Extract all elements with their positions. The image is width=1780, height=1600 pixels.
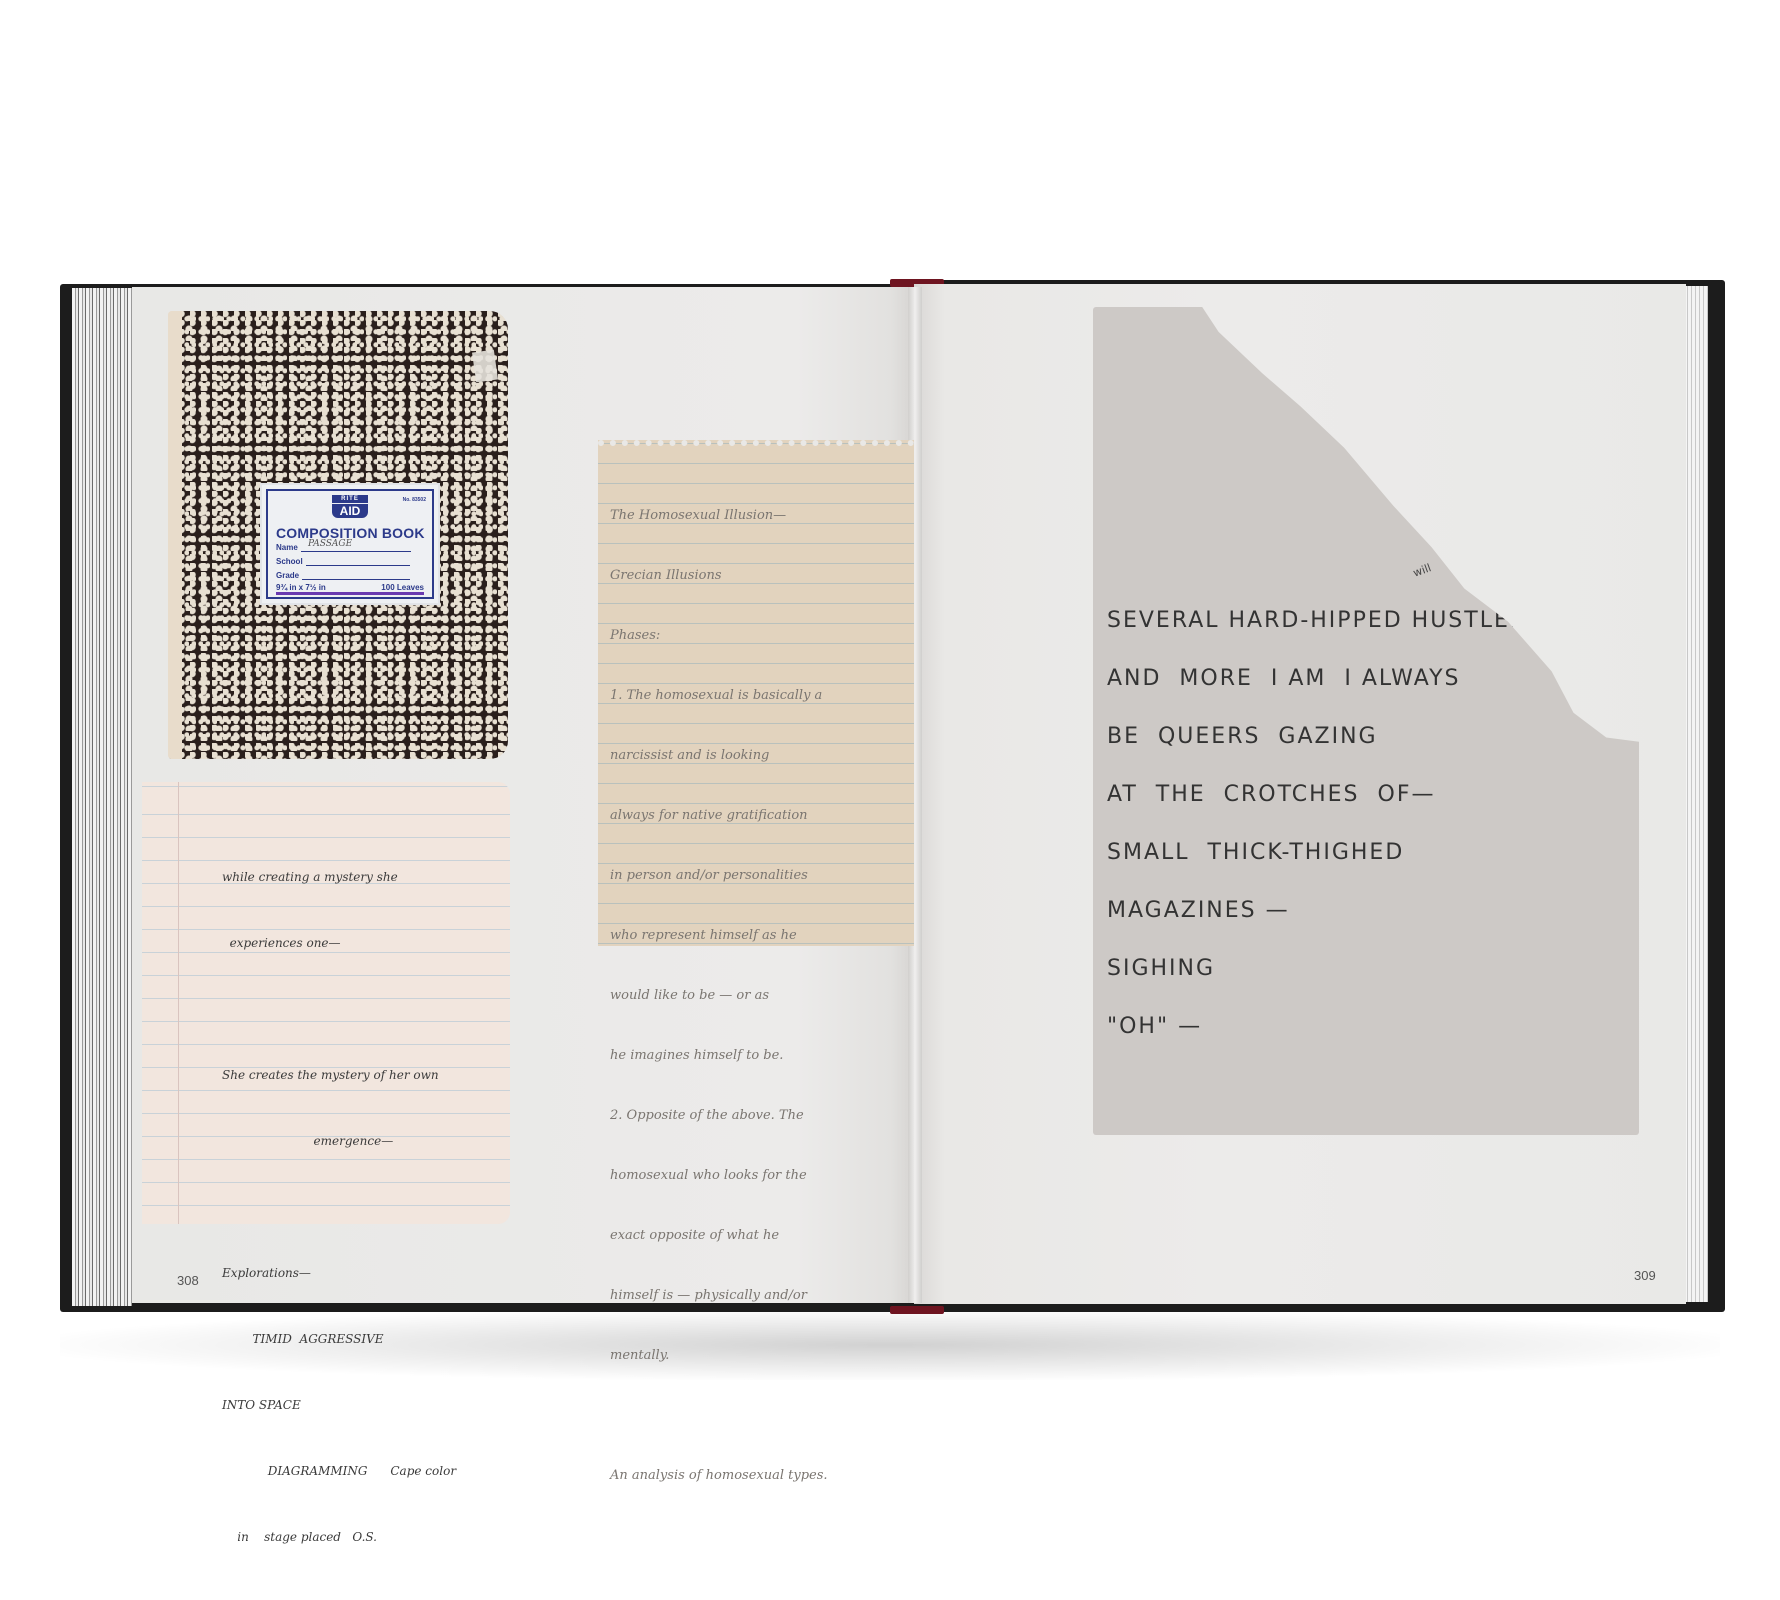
label-name-field: Name PASSAGE <box>276 543 411 552</box>
handwritten-name: PASSAGE <box>308 539 352 549</box>
headband-bottom <box>890 1306 944 1314</box>
book-spread-photo: RITE AID No. 83502 COMPOSITION BOOK Name… <box>0 0 1780 1600</box>
label-sizes: 9¾ in x 7½ in 100 Leaves <box>276 583 424 595</box>
composition-book-spine <box>168 311 182 759</box>
lined-note-text: while creating a mystery she experiences… <box>222 822 456 1592</box>
perforated-note-image: The Homosexual Illusion— Grecian Illusio… <box>598 440 914 946</box>
price-sticker <box>472 350 498 383</box>
brand-bottom: AID <box>332 504 368 518</box>
perforated-note-text: The Homosexual Illusion— Grecian Illusio… <box>610 466 828 1526</box>
page-edges-left <box>72 288 132 1306</box>
label-school-field: School <box>276 557 410 566</box>
inserted-word: will <box>1411 561 1433 579</box>
composition-book-image: RITE AID No. 83502 COMPOSITION BOOK Name… <box>168 311 508 759</box>
label-grade-field: Grade <box>276 571 410 580</box>
rite-aid-logo: RITE AID <box>332 495 368 518</box>
torn-sheet-text: SEVERAL HARD-HIPPED HUSTLERS AND MORE I … <box>1107 592 1543 1056</box>
label-leaves: 100 Leaves <box>381 583 424 592</box>
page-edges-right <box>1684 286 1708 1302</box>
page-number-right: 309 <box>1634 1268 1656 1283</box>
brand-top: RITE <box>332 495 368 503</box>
composition-book-label: RITE AID No. 83502 COMPOSITION BOOK Name… <box>260 483 440 605</box>
lined-note-image: while creating a mystery she experiences… <box>142 782 510 1224</box>
label-size: 9¾ in x 7½ in <box>276 583 326 592</box>
label-number: No. 83502 <box>403 497 426 503</box>
page-number-left: 308 <box>177 1273 199 1288</box>
